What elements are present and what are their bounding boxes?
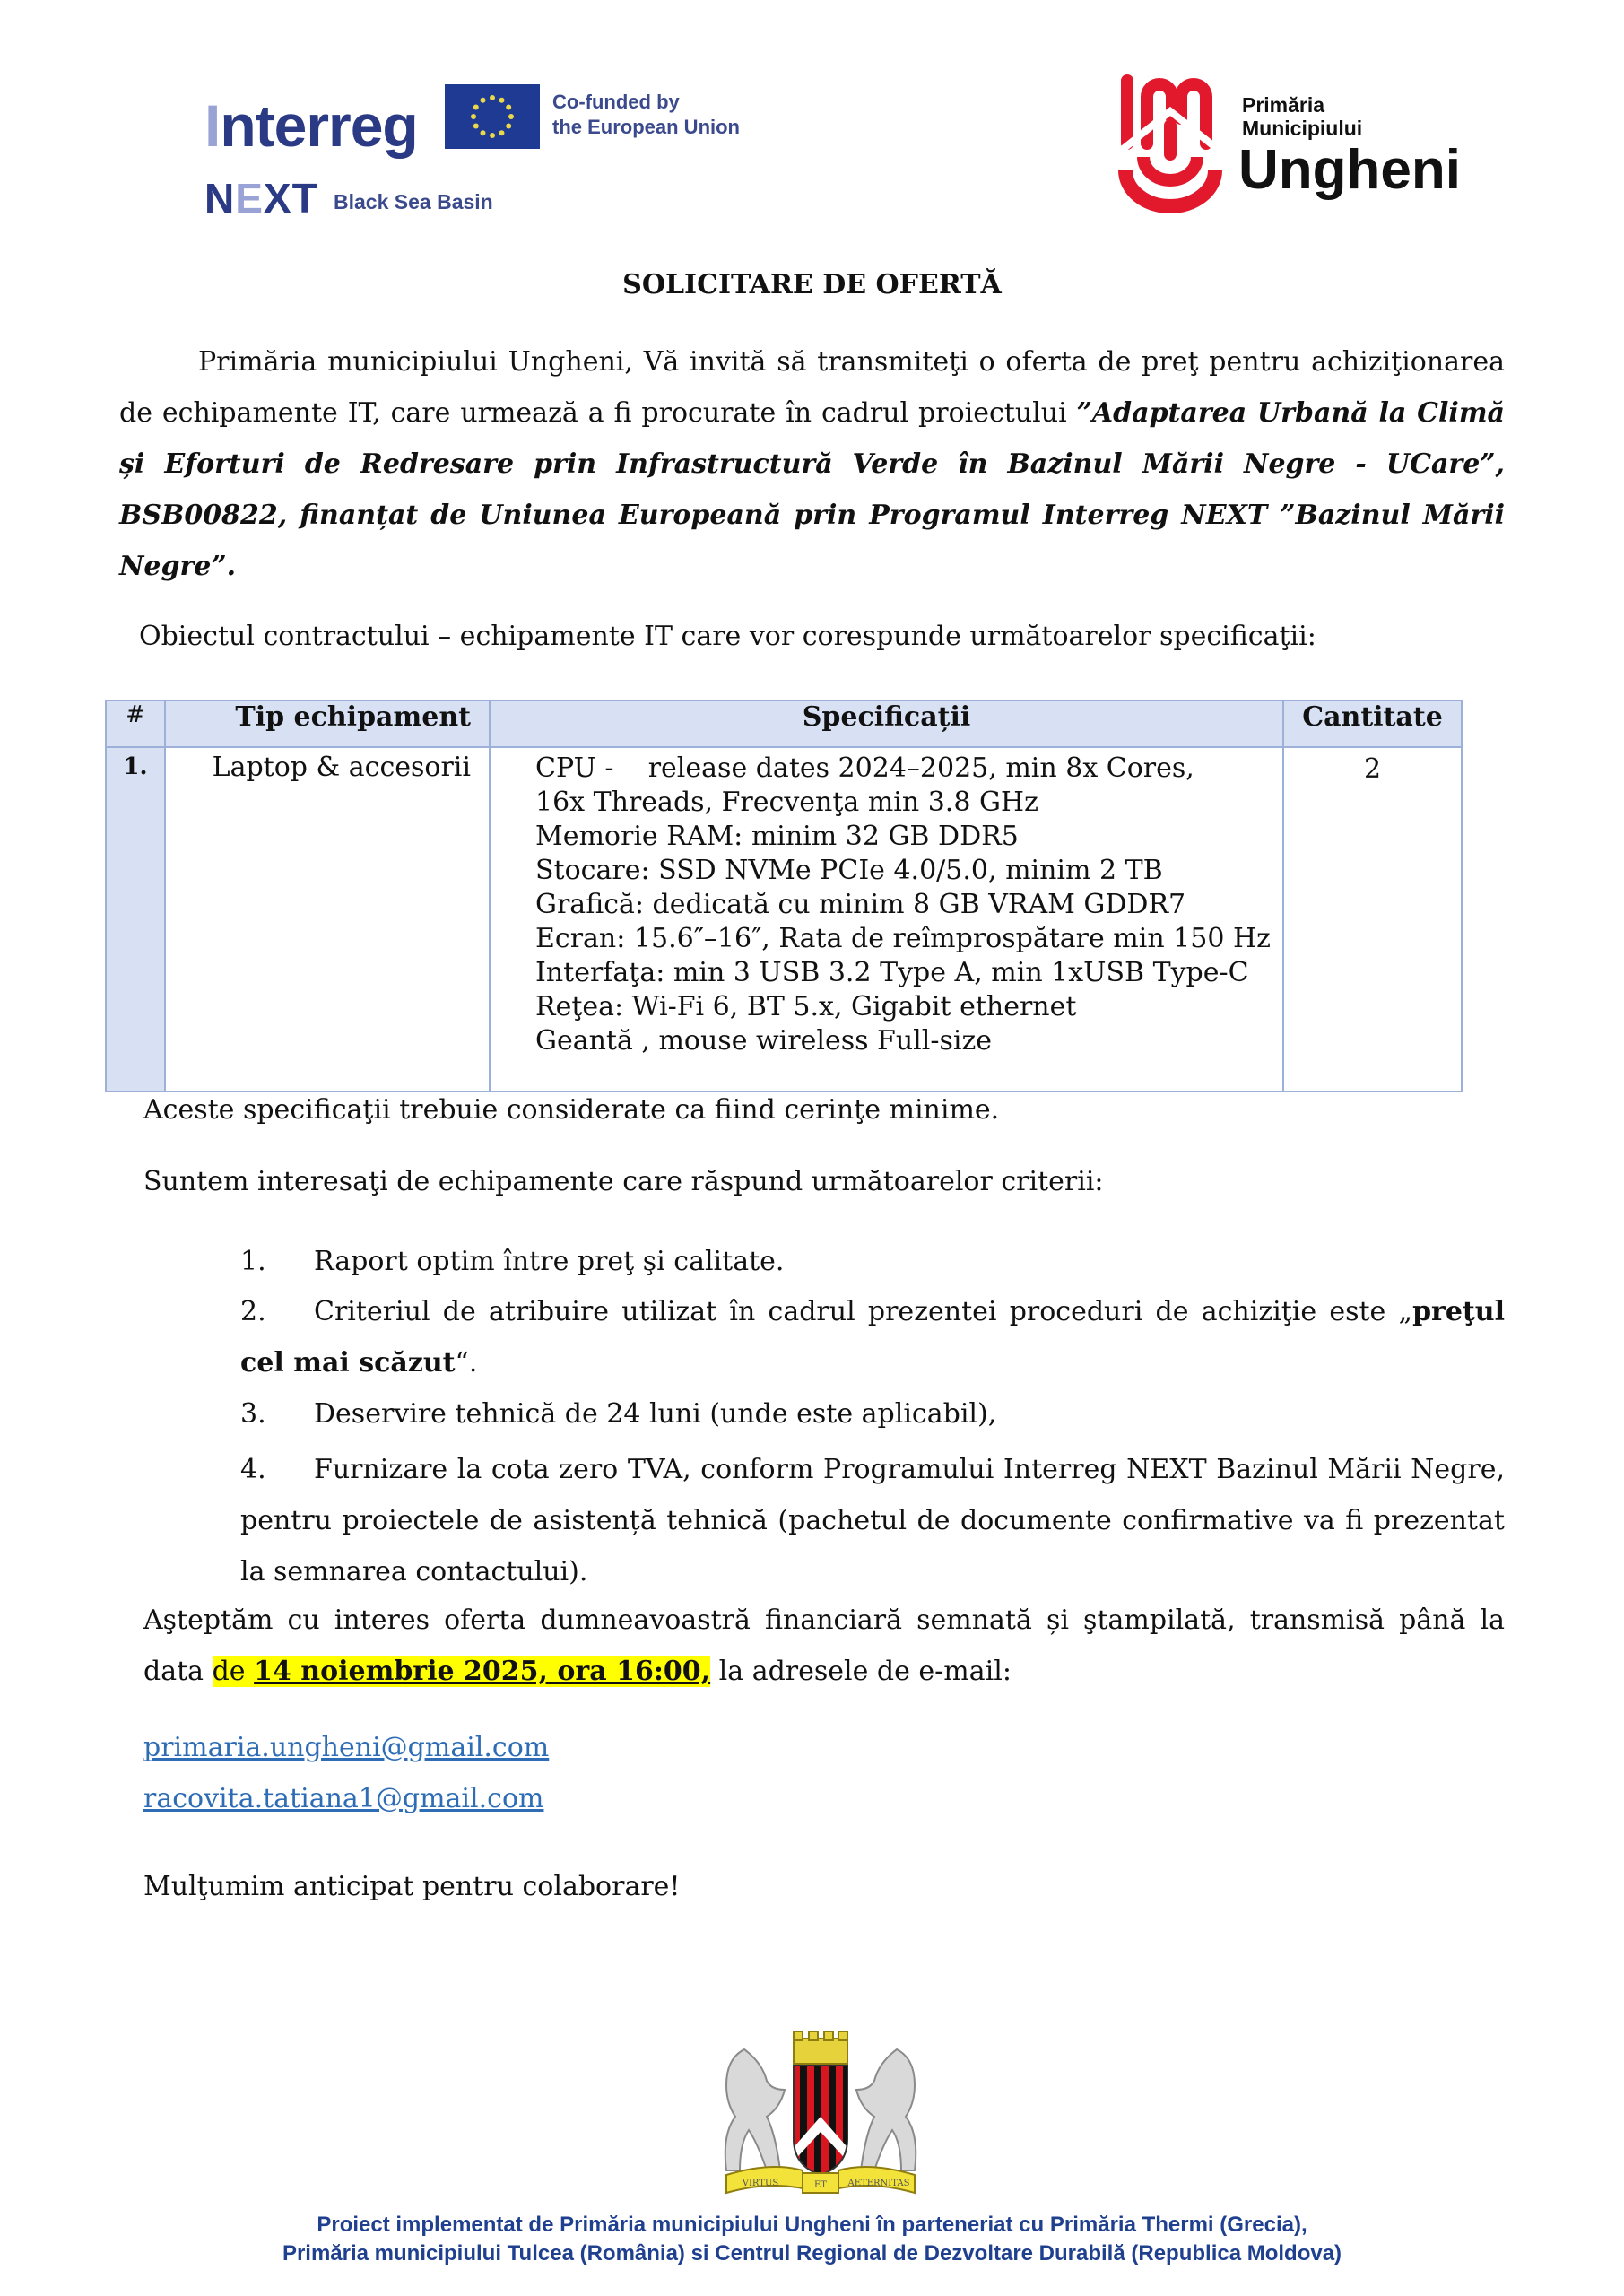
- spec-network: Reţea: Wi-Fi 6, BT 5.x, Gigabit ethernet: [535, 990, 1282, 1024]
- ungheni-line1: Primăria: [1242, 93, 1362, 117]
- criterion-text: Raport optim între preţ şi calitate.: [314, 1246, 784, 1277]
- email-link-racovita[interactable]: racovita.tatiana1@gmail.com: [143, 1773, 549, 1824]
- spec-screen: Ecran: 15.6″–16″, Rata de reîmprospătare…: [535, 922, 1282, 956]
- contract-object: Obiectul contractului – echipamente IT c…: [139, 621, 1316, 652]
- interreg-wordmark: Interreg: [204, 91, 418, 160]
- interreg-logo: Interreg Co-funded by the European Union…: [204, 79, 778, 222]
- spec-list: CPU - release dates 2024–2025, min 8x Co…: [490, 747, 1283, 1091]
- spec-cpu: CPU - release dates 2024–2025, min 8x Co…: [535, 752, 1282, 786]
- criterion-close-quote: “.: [456, 1347, 478, 1378]
- col-header-quantity: Cantitate: [1283, 700, 1462, 747]
- criterion-number: 2.: [240, 1286, 314, 1337]
- document-title: SOLICITARE DE OFERTĂ: [0, 269, 1624, 300]
- submission-after: la adresele de e-mail:: [710, 1656, 1012, 1687]
- cofunded-line1: Co-funded by: [552, 90, 740, 115]
- col-header-specs: Specificații: [490, 700, 1283, 747]
- email-link-primaria[interactable]: primaria.ungheni@gmail.com: [143, 1722, 549, 1773]
- ungheni-logo: Primăria Municipiului Ungheni: [1116, 72, 1511, 224]
- criterion-4: 4.Furnizare la cota zero TVA, conform Pr…: [240, 1444, 1505, 1597]
- criterion-number: 3.: [240, 1388, 314, 1439]
- program-name: Black Sea Basin: [334, 190, 493, 214]
- criterion-3: 3.Deservire tehnică de 24 luni (unde est…: [240, 1388, 1505, 1439]
- criterion-2: 2.Criteriul de atribuire utilizat în cad…: [240, 1286, 1505, 1388]
- motto-center: ET: [814, 2180, 827, 2190]
- deadline-prefix: de: [213, 1656, 255, 1687]
- ungheni-coat-of-arms-icon: VIRTUS ET AETERNITAS: [690, 2031, 951, 2202]
- criterion-1: 1.Raport optim între preţ şi calitate.: [240, 1236, 1505, 1287]
- ungheni-100-mark-icon: [1116, 72, 1224, 213]
- ungheni-line2: Municipiului: [1242, 117, 1362, 140]
- spec-accessories: Geantă , mouse wireless Full-size: [535, 1024, 1282, 1058]
- criterion-number: 4.: [240, 1444, 314, 1495]
- deadline-date: 14 noiembrie 2025, ora 16:00,: [254, 1656, 710, 1687]
- table-header-row: # Tip echipament Specificații Cantitate: [106, 700, 1462, 747]
- equipment-type: Laptop & accesorii: [165, 747, 490, 1091]
- footer-partners: Proiect implementat de Primăria municipi…: [0, 2211, 1624, 2268]
- intro-paragraph: Primăria municipiului Ungheni, Vă invită…: [119, 336, 1505, 592]
- email-list: primaria.ungheni@gmail.com racovita.tati…: [143, 1722, 549, 1824]
- cofunded-label: Co-funded by the European Union: [552, 90, 740, 140]
- motto-right: AETERNITAS: [847, 2179, 910, 2188]
- criterion-text: Furnizare la cota zero TVA, conform Prog…: [240, 1454, 1505, 1587]
- criterion-text: Deservire tehnică de 24 luni (unde este …: [314, 1398, 996, 1430]
- quantity: 2: [1283, 747, 1462, 1091]
- spec-table: # Tip echipament Specificații Cantitate …: [105, 700, 1463, 1092]
- motto-left: VIRTUS: [742, 2179, 779, 2188]
- footer-line2: Primăria municipiului Tulcea (România) s…: [0, 2239, 1624, 2268]
- spec-interface: Interfaţa: min 3 USB 3.2 Type A, min 1xU…: [535, 956, 1282, 990]
- cofunded-line2: the European Union: [552, 115, 740, 140]
- spec-ram: Memorie RAM: minim 32 GB DDR5: [535, 820, 1282, 854]
- submission-paragraph: Aşteptăm cu interes oferta dumneavoastră…: [143, 1595, 1505, 1697]
- closing-line: Mulţumim anticipat pentru colaborare!: [143, 1871, 681, 1902]
- spec-graphics: Grafică: dedicată cu minim 8 GB VRAM GDD…: [535, 888, 1282, 922]
- criterion-number: 1.: [240, 1236, 314, 1287]
- criteria-intro: Suntem interesaţi de echipamente care ră…: [143, 1166, 1104, 1197]
- footer-line1: Proiect implementat de Primăria municipi…: [0, 2211, 1624, 2239]
- eu-stars-icon: [445, 84, 540, 149]
- criterion-text: Criteriul de atribuire utilizat în cadru…: [314, 1296, 1412, 1327]
- table-row: 1. Laptop & accesorii CPU - release date…: [106, 747, 1462, 1091]
- minimum-requirements-note: Aceste specificaţii trebuie considerate …: [143, 1094, 999, 1126]
- next-wordmark: NEXT: [204, 174, 318, 222]
- col-header-number: #: [106, 700, 165, 747]
- deadline-highlight: de 14 noiembrie 2025, ora 16:00,: [213, 1656, 711, 1687]
- eu-flag-icon: [445, 84, 540, 149]
- ungheni-subtitle: Primăria Municipiului: [1242, 93, 1362, 140]
- ungheni-name: Ungheni: [1238, 138, 1461, 202]
- col-header-type: Tip echipament: [165, 700, 490, 747]
- spec-cpu-cont: 16x Threads, Frecvenţa min 3.8 GHz: [535, 786, 1282, 820]
- spec-storage: Stocare: SSD NVMe PCIe 4.0/5.0, minim 2 …: [535, 854, 1282, 888]
- row-number: 1.: [106, 747, 165, 1091]
